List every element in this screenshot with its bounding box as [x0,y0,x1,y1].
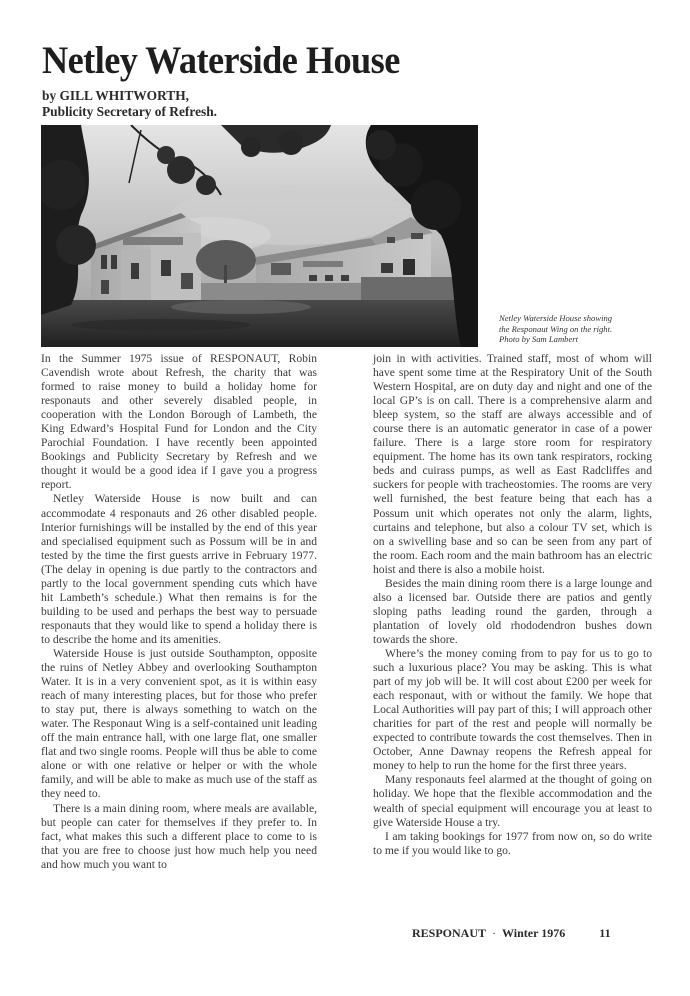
photo-caption: Netley Waterside House showing the Respo… [499,313,612,345]
byline-author: by GILL WHITWORTH, [42,88,217,104]
page-number: 11 [599,926,610,940]
right-column: join in with activities. Trained staff, … [373,352,652,858]
paragraph: In the Summer 1975 issue of RESPONAUT, R… [41,352,317,492]
issue-date: Winter 1976 [502,926,565,940]
page-footer: RESPONAUT·Winter 197611 [412,926,611,941]
article-title: Netley Waterside House [42,38,400,84]
paragraph: Many responauts feel alarmed at the thou… [373,773,652,829]
footer-separator: · [492,926,496,940]
caption-line: the Responaut Wing on the right. [499,324,612,335]
byline: by GILL WHITWORTH, Publicity Secretary o… [42,88,217,120]
paragraph: There is a main dining room, where meals… [41,802,317,872]
paragraph: join in with activities. Trained staff, … [373,352,652,577]
paragraph: Waterside House is just outside Southamp… [41,647,317,802]
paragraph: Where’s the money coming from to pay for… [373,647,652,773]
paragraph: Netley Waterside House is now built and … [41,492,317,647]
paragraph: Besides the main dining room there is a … [373,577,652,647]
byline-role: Publicity Secretary of Refresh. [42,104,217,120]
left-column: In the Summer 1975 issue of RESPONAUT, R… [41,352,317,872]
caption-line: Netley Waterside House showing [499,313,612,324]
photo-illustration [41,125,478,347]
caption-line: Photo by Sam Lambert [499,334,612,345]
paragraph: I am taking bookings for 1977 from now o… [373,830,652,858]
building-photo [41,125,478,347]
publication-name: RESPONAUT [412,926,486,940]
